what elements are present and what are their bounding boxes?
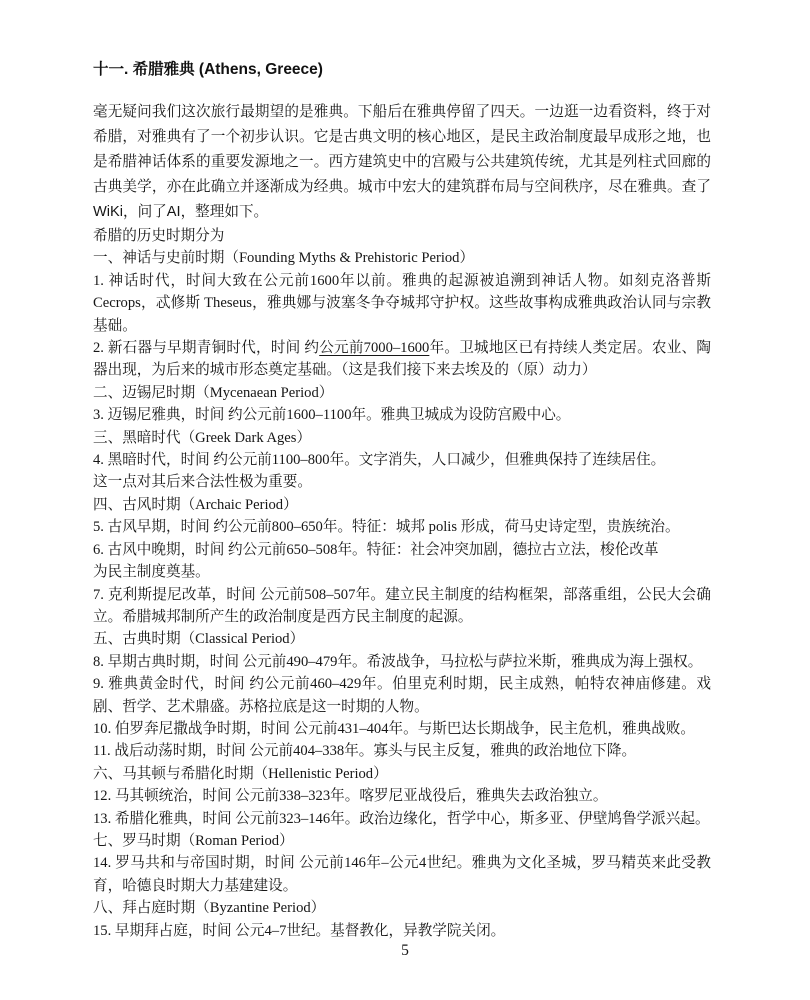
period-item: 12. 马其顿统治，时间 公元前338–323年。喀罗尼亚战役后，雅典失去政治独… xyxy=(93,785,711,807)
period-item: 6. 古风中晚期，时间 约公元前650–508年。特征：社会冲突加剧，德拉古立法… xyxy=(93,539,711,584)
period-item: 13. 希腊化雅典，时间 公元前323–146年。政治边缘化，哲学中心，斯多亚、… xyxy=(93,808,711,830)
text-run: 9. 雅典黄金时代，时间 约公元前460–429年。伯里克利时期，民主成熟，帕特… xyxy=(93,676,711,714)
text-run: 二、迈锡尼时期（Mycenaean Period） xyxy=(93,385,333,401)
document-content: 十一. 希腊雅典 (Athens, Greece) 毫无疑问我们这次旅行最期望的… xyxy=(93,60,711,942)
period-section-header: 七、罗马时期（Roman Period） xyxy=(93,830,711,852)
text-run: 7. 克利斯提尼改革，时间 公元前508–507年。建立民主制度的结构框架，部落… xyxy=(93,587,711,625)
text-run: 11. 战后动荡时期，时间 公元前404–338年。寡头与民主反复，雅典的政治地… xyxy=(93,743,636,759)
period-item: 10. 伯罗奔尼撒战争时期，时间 公元前431–404年。与斯巴达长期战争，民主… xyxy=(93,718,711,740)
underlined-date-range: 公元前7000–1600 xyxy=(319,340,429,356)
text-run: 七、罗马时期（Roman Period） xyxy=(93,833,294,849)
period-section-header: 八、拜占庭时期（Byzantine Period） xyxy=(93,897,711,919)
text-run: 10. 伯罗奔尼撒战争时期，时间 公元前431–404年。与斯巴达长期战争，民主… xyxy=(93,721,695,737)
text-run: 13. 希腊化雅典，时间 公元前323–146年。政治边缘化，哲学中心，斯多亚、… xyxy=(93,811,710,827)
text-run: 4. 黑暗时代，时间 约公元前1100–800年。文字消失，人口减少，但雅典保持… xyxy=(93,452,665,490)
period-item: 4. 黑暗时代，时间 约公元前1100–800年。文字消失，人口减少，但雅典保持… xyxy=(93,449,711,494)
text-run: 八、拜占庭时期（Byzantine Period） xyxy=(93,900,325,916)
period-item: 15. 早期拜占庭，时间 公元4–7世纪。基督教化，异教学院关闭。 xyxy=(93,920,711,942)
history-lead: 希腊的历史时期分为 xyxy=(93,225,711,247)
period-item: 14. 罗马共和与帝国时期，时间 公元前146年–公元4世纪。雅典为文化圣城，罗… xyxy=(93,852,711,897)
text-run: 5. 古风早期，时间 约公元前800–650年。特征：城邦 polis 形成，荷… xyxy=(93,519,680,535)
period-item: 7. 克利斯提尼改革，时间 公元前508–507年。建立民主制度的结构框架，部落… xyxy=(93,584,711,629)
period-section-header: 四、古风时期（Archaic Period） xyxy=(93,494,711,516)
text-run: 6. 古风中晚期，时间 约公元前650–508年。特征：社会冲突加剧，德拉古立法… xyxy=(93,542,659,580)
document-page: 十一. 希腊雅典 (Athens, Greece) 毫无疑问我们这次旅行最期望的… xyxy=(0,0,810,1000)
text-run: 14. 罗马共和与帝国时期，时间 公元前146年–公元4世纪。雅典为文化圣城，罗… xyxy=(93,855,711,893)
period-section-header: 一、神话与史前时期（Founding Myths & Prehistoric P… xyxy=(93,247,711,269)
text-run: 四、古风时期（Archaic Period） xyxy=(93,497,298,513)
intro-paragraph: 毫无疑问我们这次旅行最期望的是雅典。下船后在雅典停留了四天。一边逛一边看资料，终… xyxy=(93,100,711,225)
page-number: 5 xyxy=(0,941,810,961)
period-item: 8. 早期古典时期，时间 公元前490–479年。希波战争，马拉松与萨拉米斯，雅… xyxy=(93,651,711,673)
text-run: 12. 马其顿统治，时间 公元前338–323年。喀罗尼亚战役后，雅典失去政治独… xyxy=(93,788,607,804)
text-run: 3. 迈锡尼雅典，时间 约公元前1600–1100年。雅典卫城成为设防宫殿中心。 xyxy=(93,407,570,423)
text-run: 六、马其顿与希腊化时期（Hellenistic Period） xyxy=(93,766,388,782)
period-item: 3. 迈锡尼雅典，时间 约公元前1600–1100年。雅典卫城成为设防宫殿中心。 xyxy=(93,404,711,426)
page-title: 十一. 希腊雅典 (Athens, Greece) xyxy=(93,60,711,80)
text-run: 三、黑暗时代（Greek Dark Ages） xyxy=(93,430,311,446)
text-run: 15. 早期拜占庭，时间 公元4–7世纪。基督教化，异教学院关闭。 xyxy=(93,923,505,939)
period-item: 9. 雅典黄金时代，时间 约公元前460–429年。伯里克利时期，民主成熟，帕特… xyxy=(93,673,711,718)
period-item: 11. 战后动荡时期，时间 公元前404–338年。寡头与民主反复，雅典的政治地… xyxy=(93,740,711,762)
history-list: 一、神话与史前时期（Founding Myths & Prehistoric P… xyxy=(93,247,711,942)
period-item: 5. 古风早期，时间 约公元前800–650年。特征：城邦 polis 形成，荷… xyxy=(93,516,711,538)
period-item: 2. 新石器与早期青铜时代，时间 约公元前7000–1600年。卫城地区已有持续… xyxy=(93,337,711,382)
period-section-header: 五、古典时期（Classical Period） xyxy=(93,628,711,650)
text-run: 五、古典时期（Classical Period） xyxy=(93,631,304,647)
period-section-header: 六、马其顿与希腊化时期（Hellenistic Period） xyxy=(93,763,711,785)
text-run: 1. 神话时代，时间大致在公元前1600年以前。雅典的起源被追溯到神话人物。如刻… xyxy=(93,273,715,334)
period-section-header: 二、迈锡尼时期（Mycenaean Period） xyxy=(93,382,711,404)
text-run: 一、神话与史前时期（Founding Myths & Prehistoric P… xyxy=(93,250,474,266)
period-item: 1. 神话时代，时间大致在公元前1600年以前。雅典的起源被追溯到神话人物。如刻… xyxy=(93,270,711,337)
text-run: 2. 新石器与早期青铜时代，时间 约 xyxy=(93,340,319,356)
period-section-header: 三、黑暗时代（Greek Dark Ages） xyxy=(93,427,711,449)
text-run: 8. 早期古典时期，时间 公元前490–479年。希波战争，马拉松与萨拉米斯，雅… xyxy=(93,654,702,670)
